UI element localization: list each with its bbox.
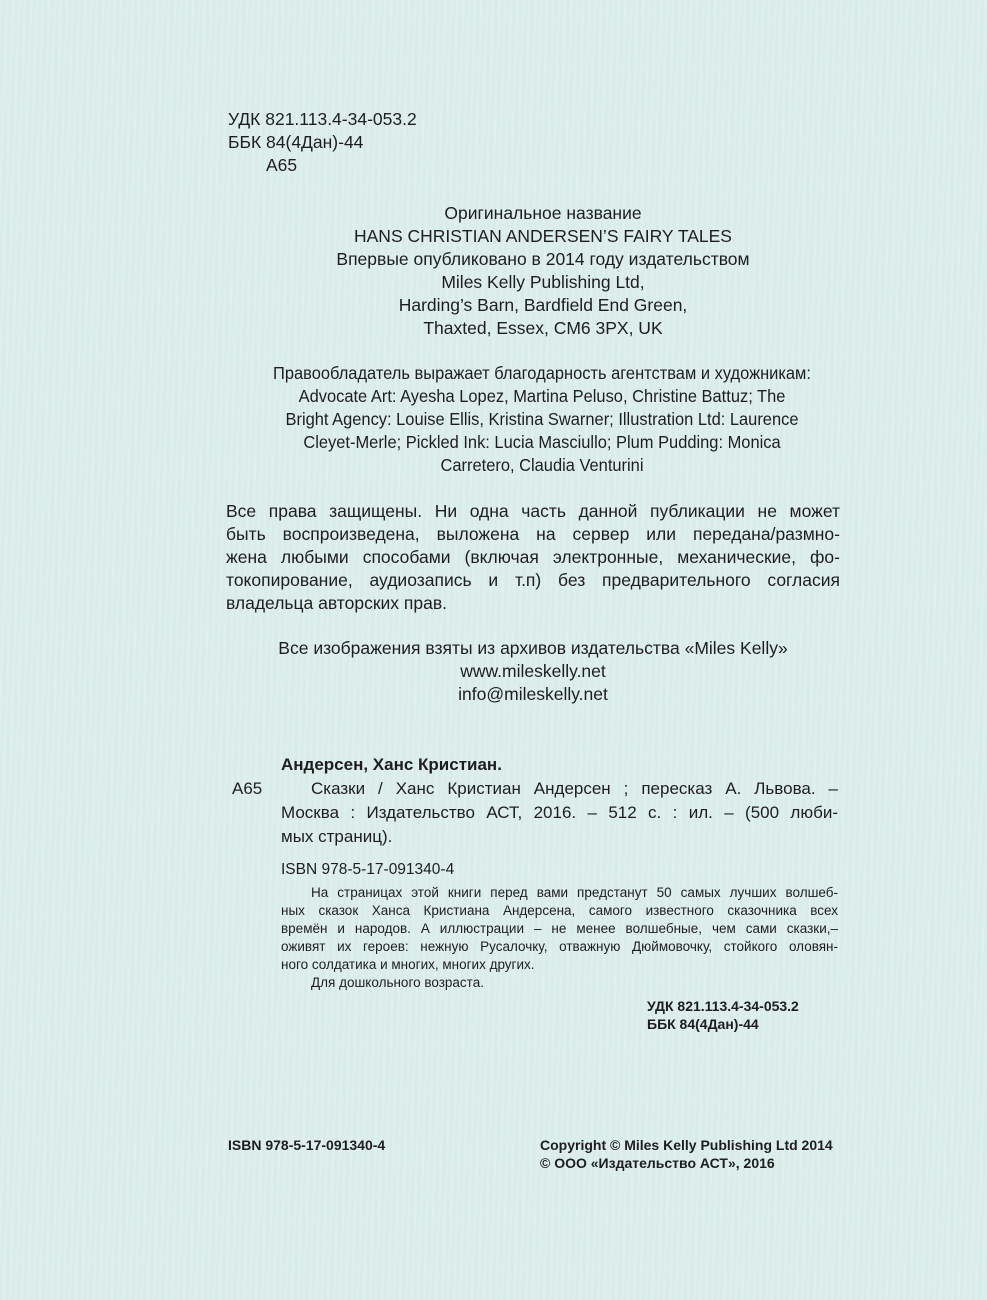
catalog-author-mark: А65 <box>232 777 281 849</box>
annotation-line: На страницах этой книги перед вами предс… <box>281 884 838 902</box>
publisher-address-line-2: Thaxted, Essex, CM6 3PX, UK <box>228 317 858 340</box>
copyright-block: Copyright © Miles Kelly Publishing Ltd 2… <box>540 1136 833 1172</box>
original-edition-block: Оригинальное название HANS CHRISTIAN AND… <box>228 202 858 340</box>
catalog-entry-row: А65 Сказки / Ханс Кристиан Андерсен ; пе… <box>232 777 838 849</box>
publisher-address-line-1: Harding’s Barn, Bardfield End Green, <box>228 294 858 317</box>
annotation-line: ных сказок Ханса Кристиана Андерсена, са… <box>281 902 838 920</box>
catalog-description-line: мых страниц). <box>281 825 838 849</box>
rights-line: быть воспроизведена, выложена на сервер … <box>226 523 840 546</box>
footer-isbn: ISBN 978-5-17-091340-4 <box>228 1136 385 1154</box>
copyright-line-russian: © ООО «Издательство АСТ», 2016 <box>540 1154 833 1172</box>
original-title: HANS CHRISTIAN ANDERSEN’S FAIRY TALES <box>228 225 858 248</box>
rights-line: токопирование, аудиозапись и т.п) без пр… <box>226 569 840 592</box>
acknowledgement-line: Bright Agency: Louise Ellis, Kristina Sw… <box>241 408 843 431</box>
catalog-author-heading: Андерсен, Ханс Кристиан. <box>281 753 838 777</box>
catalog-card: Андерсен, Ханс Кристиан. А65 Сказки / Ха… <box>232 753 838 880</box>
copyright-line-original: Copyright © Miles Kelly Publishing Ltd 2… <box>540 1136 833 1154</box>
original-title-label: Оригинальное название <box>228 202 858 225</box>
catalog-description-line: Москва : Издательство АСТ, 2016. – 512 с… <box>281 801 838 825</box>
email-link[interactable]: info@mileskelly.net <box>228 683 838 706</box>
rights-notice: Все права защищены. Ни одна часть данной… <box>226 500 840 615</box>
rights-line: Все права защищены. Ни одна часть данной… <box>226 500 840 523</box>
catalog-description: Сказки / Ханс Кристиан Андерсен ; переск… <box>281 777 838 849</box>
annotation-line: ного солдатика и многих, многих других. <box>281 956 838 974</box>
rights-line: владельца авторских прав. <box>226 592 840 615</box>
book-annotation: На страницах этой книги перед вами предс… <box>281 884 838 992</box>
acknowledgements-block: Правообладатель выражает благодарность а… <box>241 362 843 477</box>
acknowledgement-line: Правообладатель выражает благодарность а… <box>241 362 843 385</box>
annotation-line: времён и народов. А иллюстрации – не мен… <box>281 920 838 938</box>
classification-codes: УДК 821.113.4-34-053.2 ББК 84(4Дан)-44 А… <box>228 108 417 177</box>
catalog-udk-code: УДК 821.113.4-34-053.2 <box>647 997 799 1015</box>
bbk-code: ББК 84(4Дан)-44 <box>228 131 417 154</box>
catalog-bbk-code: ББК 84(4Дан)-44 <box>647 1015 799 1033</box>
udk-code: УДК 821.113.4-34-053.2 <box>228 108 417 131</box>
author-mark: А65 <box>228 154 417 177</box>
catalog-classification-codes: УДК 821.113.4-34-053.2 ББК 84(4Дан)-44 <box>647 997 799 1033</box>
original-publisher: Miles Kelly Publishing Ltd, <box>228 271 858 294</box>
image-source-note: Все изображения взяты из архивов издател… <box>228 637 838 660</box>
catalog-isbn: ISBN 978-5-17-091340-4 <box>281 860 838 880</box>
catalog-description-line: Сказки / Ханс Кристиан Андерсен ; переск… <box>281 777 838 801</box>
acknowledgement-line: Cleyet-Merle; Pickled Ink: Lucia Masciul… <box>241 431 843 454</box>
age-rating-note: Для дошкольного возраста. <box>281 974 838 992</box>
acknowledgement-line: Advocate Art: Ayesha Lopez, Martina Pelu… <box>241 385 843 408</box>
annotation-line: оживят их героев: нежную Русалочку, отва… <box>281 938 838 956</box>
rights-line: жена любыми способами (включая электронн… <box>226 546 840 569</box>
acknowledgement-line: Carretero, Claudia Venturini <box>241 454 843 477</box>
website-link[interactable]: www.mileskelly.net <box>228 660 838 683</box>
first-published-note: Впервые опубликовано в 2014 году издател… <box>228 248 858 271</box>
image-credits-block: Все изображения взяты из архивов издател… <box>228 637 838 706</box>
